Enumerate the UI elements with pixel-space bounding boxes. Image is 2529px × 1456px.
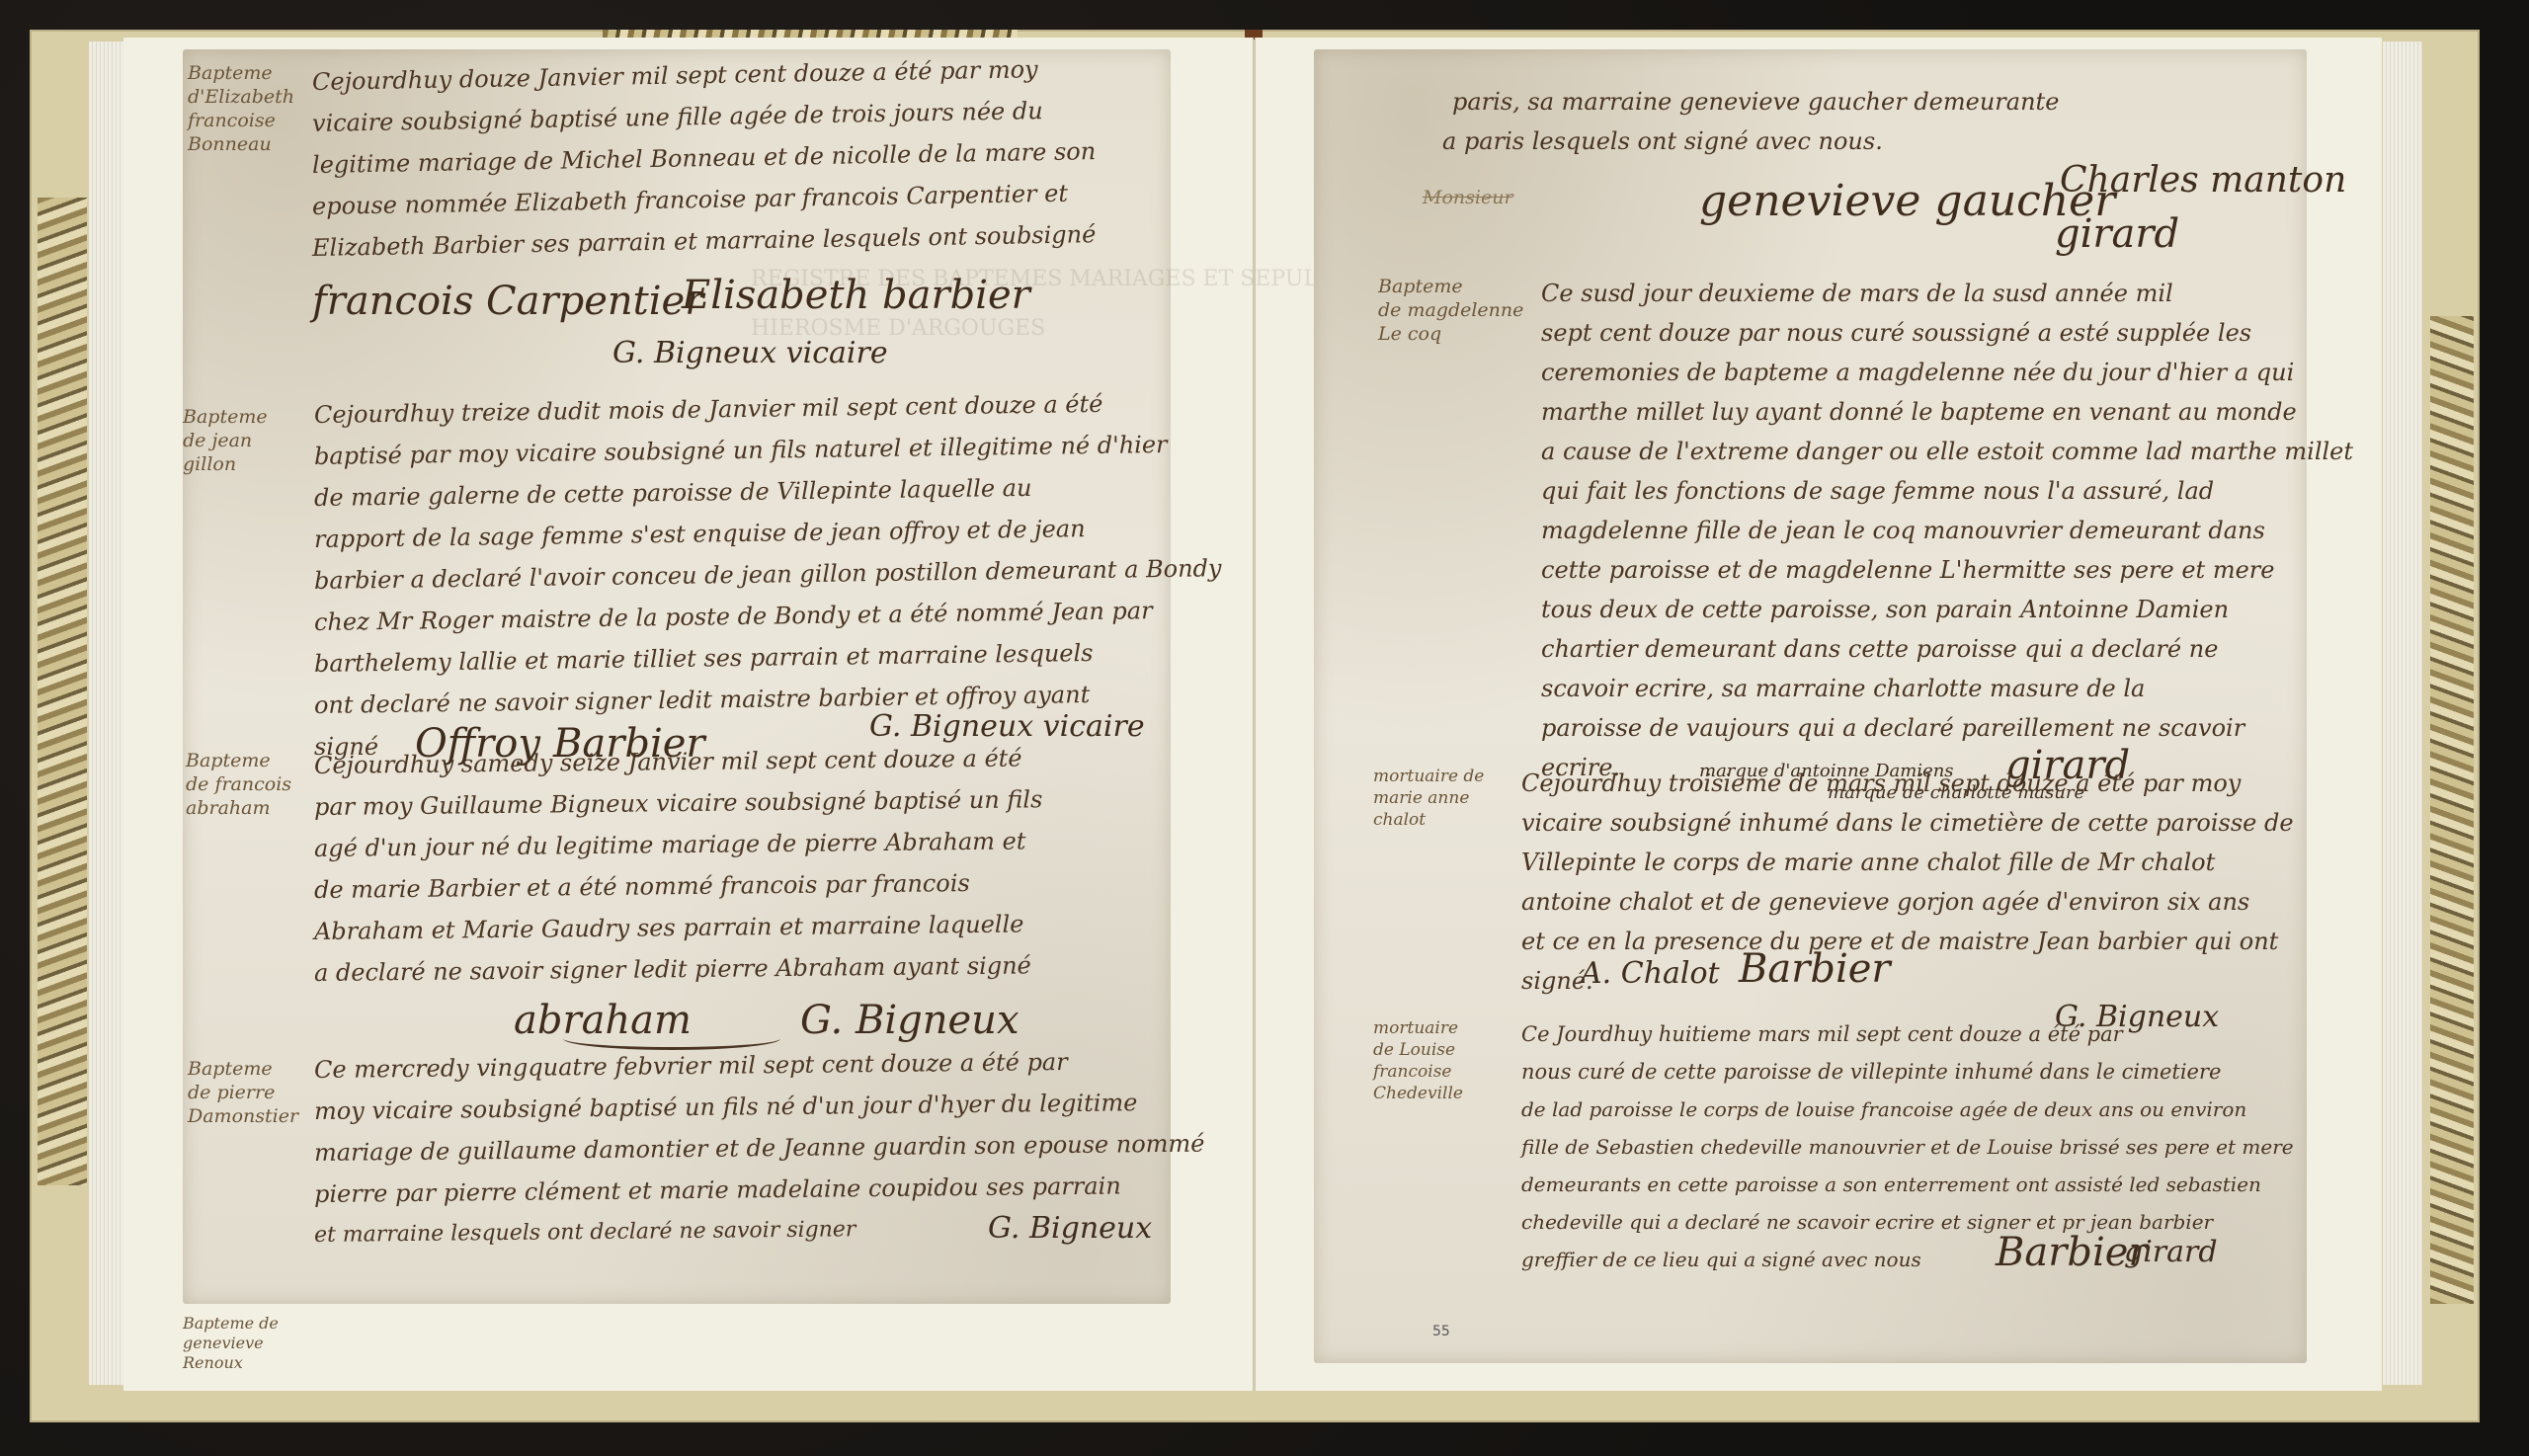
entry-line: vicaire soubsigné inhumé dans le cimetiè…: [1521, 808, 2294, 838]
margin-note-right-entry-1: Bapteme de magdelenne Le coq: [1378, 275, 1523, 346]
entry-line: nous curé de cette paroisse de villepint…: [1521, 1057, 2221, 1087]
page-edges-left: [89, 41, 128, 1385]
entry-line: fille de Sebastien chedeville manouvrier…: [1521, 1132, 2294, 1162]
entry-line: paroisse de vaujours qui a declaré parei…: [1541, 713, 2244, 743]
entry-line: qui fait les fonctions de sage femme nou…: [1541, 476, 2214, 506]
margin-note-entry-1: Bapteme d'Elizabeth francoise Bonneau: [188, 61, 294, 156]
signature: Elisabeth barbier: [682, 273, 1030, 318]
entry-line: scavoir ecrire, sa marraine charlotte ma…: [1541, 674, 2145, 703]
page-number: 55: [1432, 1324, 1450, 1339]
entry-line: a cause de l'extreme danger ou elle esto…: [1541, 437, 2353, 466]
signature: Charles manton: [2060, 160, 2346, 201]
entry-line: ceremonies de bapteme a magdelenne née d…: [1541, 358, 2294, 387]
margin-note-right-entry-2: mortuaire de marie anne chalot: [1373, 766, 1484, 831]
signature: G. Bigneux: [800, 998, 1020, 1043]
entry-line: de lad paroisse le corps de louise franc…: [1521, 1094, 2246, 1124]
margin-note-entry-3: Bapteme de francois abraham: [186, 749, 291, 820]
entry-line: Ce susd jour deuxieme de mars de la susd…: [1541, 279, 2173, 308]
signature: francois Carpentier: [312, 279, 703, 324]
entry-line: tous deux de cette paroisse, son parain …: [1541, 595, 2229, 624]
struck-margin-note: Monsieur: [1423, 186, 1513, 209]
entry-line: marthe millet luy ayant donné le bapteme…: [1541, 397, 2297, 427]
signature: Barbier: [1739, 946, 1891, 992]
entry-line: magdelenne fille de jean le coq manouvri…: [1541, 516, 2265, 545]
signature: G. Bigneux vicaire: [869, 709, 1145, 744]
entry-line: chartier demeurant dans cette paroisse q…: [1541, 634, 2218, 664]
signature: girard: [2055, 211, 2179, 257]
signature: genevieve gaucher: [1699, 176, 2115, 226]
margin-note-entry-4: Bapteme de pierre Damonstier: [188, 1057, 298, 1128]
page-edges-right: [2383, 41, 2422, 1385]
signature: A. Chalot: [1581, 956, 1720, 991]
entry-line: sept cent douze par nous curé soussigné …: [1541, 318, 2251, 348]
signature: G. Bigneux: [988, 1211, 1152, 1246]
entry-line: Cejourdhuy troisieme de mars mil sept do…: [1521, 768, 2241, 798]
entry-line: et marraine lesquels ont declaré ne savo…: [314, 1215, 857, 1251]
margin-note-entry-5: Bapteme de genevieve Renoux: [183, 1314, 279, 1373]
entry-line: antoine chalot et de genevieve gorjon ag…: [1521, 887, 2249, 917]
entry-line: paris, sa marraine genevieve gaucher dem…: [1452, 87, 2059, 117]
margin-note-entry-2: Bapteme de jean gillon: [183, 405, 268, 476]
marbled-endpaper-right: [2430, 316, 2474, 1304]
signature: G. Bigneux vicaire: [612, 336, 888, 370]
entry-line: et ce en la presence du pere et de maist…: [1521, 927, 2278, 956]
entry-line: a paris lesquels ont signé avec nous.: [1442, 126, 1883, 156]
marbled-endpaper-left: [38, 198, 87, 1185]
margin-note-right-entry-3: mortuaire de Louise francoise Chedeville: [1373, 1017, 1463, 1104]
entry-line: greffier de ce lieu qui a signé avec nou…: [1521, 1245, 1921, 1274]
signature: girard: [2124, 1235, 2218, 1269]
entry-line: Villepinte le corps de marie anne chalot…: [1521, 848, 2215, 877]
signature-flourish: [563, 1027, 780, 1050]
entry-line: Ce Jourdhuy huitieme mars mil sept cent …: [1521, 1019, 2123, 1049]
entry-line: demeurants en cette paroisse a son enter…: [1521, 1170, 2261, 1199]
entry-line: cette paroisse et de magdelenne L'hermit…: [1541, 555, 2274, 585]
